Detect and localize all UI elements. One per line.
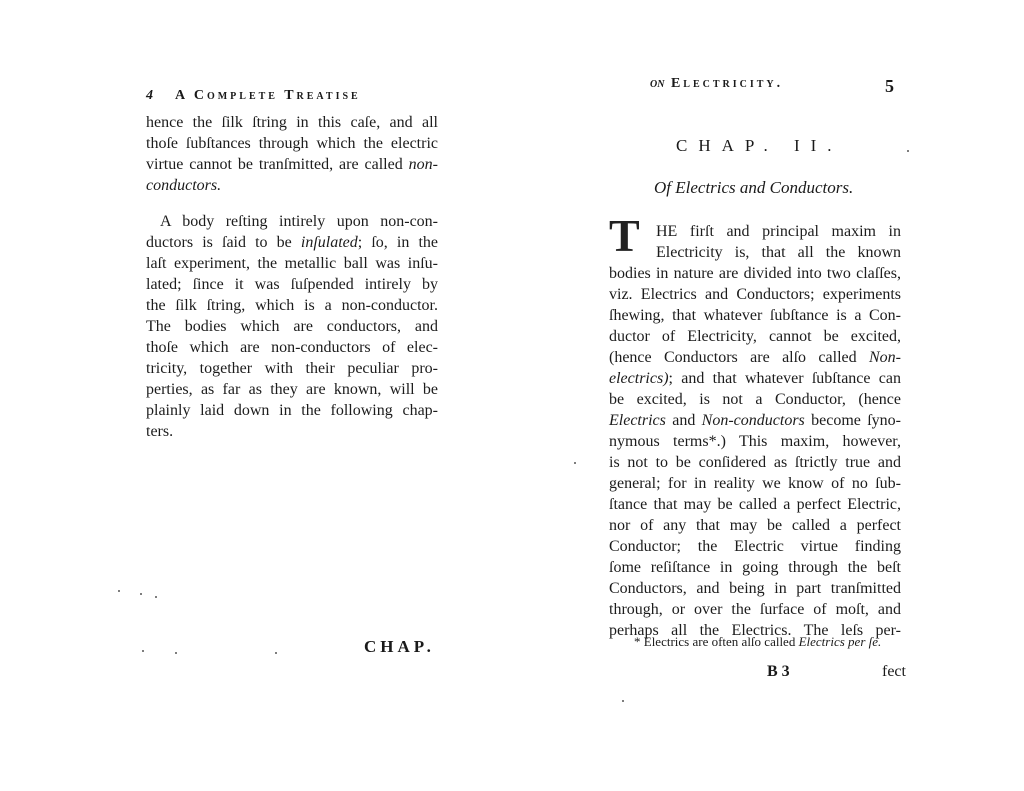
speck [140, 593, 142, 595]
text-line: plainly laid down in the following chap- [146, 401, 438, 421]
text-line: through, or over the ſurface of moſt, an… [609, 600, 901, 620]
text-line: be excited, is not a Conductor, (hence [609, 390, 901, 410]
chapter-heading: CHAP. II. [676, 136, 843, 156]
text-span: virtue cannot be tranſmitted, are called [146, 156, 409, 173]
running-head-left: 4A Complete Treatise [146, 88, 361, 104]
text-line: (hence Conductors are alſo called Non- [609, 348, 901, 368]
catchword: CHAP. [364, 637, 435, 657]
footnote-text: Electrics are often alſo called [641, 634, 799, 649]
text-line: nymous terms*.) This maxim, however, [609, 432, 901, 452]
text-line: general; for in reality we know of no ſu… [609, 474, 901, 494]
running-head-title: A Complete Treatise [175, 88, 361, 103]
signature-mark: B 3 [767, 663, 790, 681]
text-line: conductors. [146, 176, 438, 196]
text-line: Electrics and Non-conductors become ſyno… [609, 411, 901, 431]
running-head-title: Electricity. [671, 76, 783, 91]
speck [142, 650, 144, 652]
chapter-subtitle: Of Electrics and Conductors. [654, 178, 853, 198]
speck [907, 150, 909, 152]
text-line: lated; ſince it was ſuſpended intirely b… [146, 275, 438, 295]
text-line: ſhewing, that whatever ſubſtance is a Co… [609, 306, 901, 326]
text-line: the ſilk ſtring, which is a non-conducto… [146, 296, 438, 316]
speck [275, 652, 277, 654]
text-line: HE firſt and principal maxim in [656, 222, 901, 242]
italic-term: electrics) [609, 370, 669, 387]
text-line: ſome reſiſtance in going through the beſ… [609, 558, 901, 578]
text-line: tricity, together with their peculiar pr… [146, 359, 438, 379]
right-page: on Electricity. 5 CHAP. II. Of Electrics… [512, 0, 1024, 791]
italic-term: conductors. [146, 177, 221, 194]
text-span: and [666, 412, 702, 429]
footnote-italic: Electrics per ſe. [799, 634, 882, 649]
text-span: ductors is ſaid to be [146, 234, 301, 251]
text-line: bodies in nature are divided into two cl… [609, 264, 901, 284]
speck [155, 596, 157, 598]
text-span: ; ſo, in the [358, 234, 438, 251]
speck [574, 462, 576, 464]
speck [622, 700, 624, 702]
italic-term: Electrics [609, 412, 666, 429]
text-line: ductor of Electricity, cannot be excited… [609, 327, 901, 347]
text-line: ters. [146, 422, 438, 442]
text-span: become ſyno- [805, 412, 901, 429]
running-head-prefix: on [650, 76, 664, 91]
text-line: ſtance that may be called a perfect Elec… [609, 495, 901, 515]
text-span: ; and that whatever ſubſtance can [669, 370, 901, 387]
text-line: is not to be conſidered as ſtrictly true… [609, 453, 901, 473]
catchword: fect [882, 663, 906, 681]
text-line: thoſe which are non-conductors of elec- [146, 338, 438, 358]
text-line: The bodies which are conductors, and [146, 317, 438, 337]
text-line: perties, as far as they are known, will … [146, 380, 438, 400]
text-line: thoſe ſubſtances through which the elect… [146, 134, 438, 154]
speck [118, 590, 120, 592]
italic-term: non- [409, 156, 438, 173]
text-line: virtue cannot be tranſmitted, are called… [146, 155, 438, 175]
italic-term: inſulated [301, 234, 358, 251]
text-span: (hence Conductors are alſo called [609, 349, 869, 366]
page-number: 4 [146, 88, 153, 103]
running-head-right: on Electricity. [650, 76, 783, 92]
text-line: viz. Electrics and Conductors; experimen… [609, 285, 901, 305]
text-line: electrics); and that whatever ſubſtance … [609, 369, 901, 389]
left-page: 4A Complete Treatise hence the ſilk ſtri… [0, 0, 512, 791]
text-line: A body reſting intirely upon non-con- [160, 212, 438, 232]
text-line: laſt experiment, the metallic ball was i… [146, 254, 438, 274]
text-line: nor of any that may be called a perfect [609, 516, 901, 536]
drop-cap: T [609, 216, 640, 256]
page-number: 5 [885, 76, 897, 97]
text-line: hence the ſilk ſtring in this caſe, and … [146, 113, 438, 133]
speck [175, 652, 177, 654]
italic-term: Non-conductors [702, 412, 805, 429]
text-line: Conductor; the Electric virtue finding [609, 537, 901, 557]
text-line: ductors is ſaid to be inſulated; ſo, in … [146, 233, 438, 253]
italic-term: Non- [869, 349, 901, 366]
text-line: Electricity is, that all the known [656, 243, 901, 263]
text-line: Conductors, and being in part tranſmitte… [609, 579, 901, 599]
footnote: * Electrics are often alſo called Electr… [634, 634, 881, 650]
